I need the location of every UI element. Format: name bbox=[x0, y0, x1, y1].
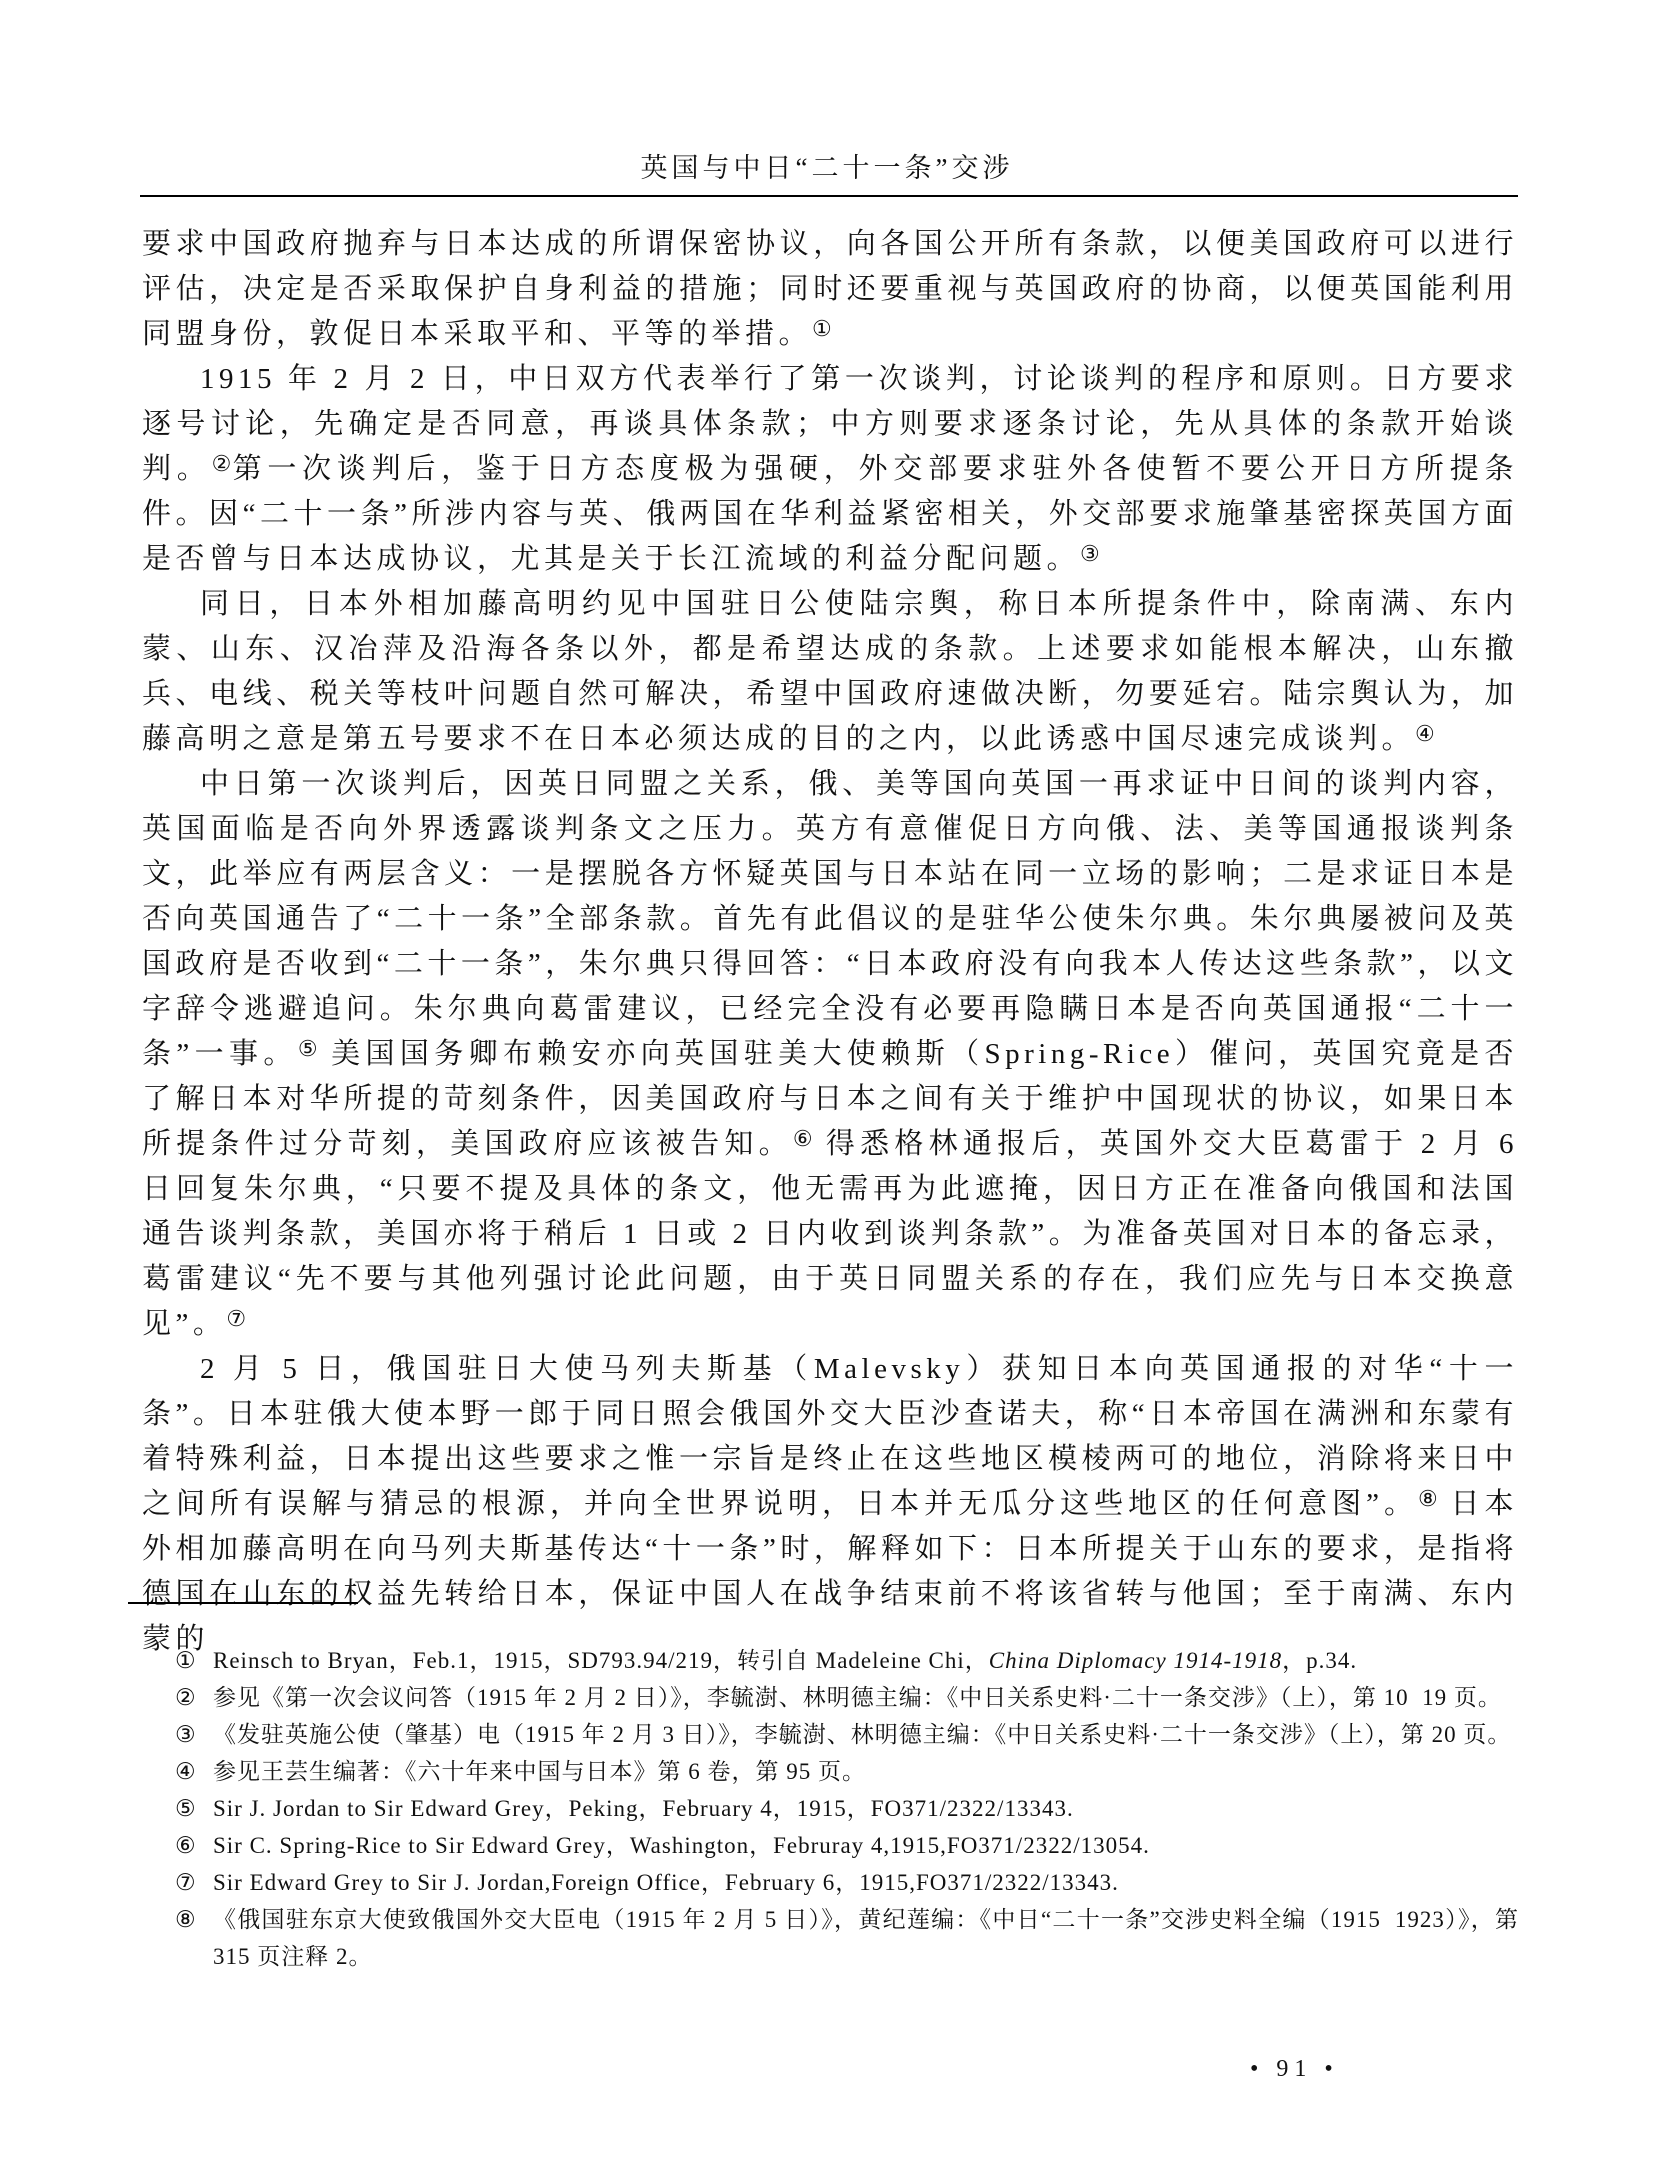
footnote-ref: ② bbox=[212, 451, 233, 476]
footnote-ref: ④ bbox=[1415, 721, 1435, 746]
footnote-item: ②参见《第一次会议问答（1915 年 2 月 2 日）》，李毓澍、林明德主编：《… bbox=[175, 1679, 1519, 1716]
footnote-marker: ⑤ bbox=[175, 1790, 213, 1827]
footnote-text: Sir Edward Grey to Sir J. Jordan,Foreign… bbox=[213, 1864, 1519, 1901]
footnote-item: ①Reinsch to Bryan，Feb.1，1915，SD793.94/21… bbox=[175, 1642, 1519, 1679]
footnote-text-segment: 参见王芸生编著：《六十年来中国与日本》第 6 卷，第 95 页。 bbox=[213, 1759, 866, 1784]
body-paragraph: 要求中国政府抛弃与日本达成的所谓保密协议，向各国公开所有条款，以便美国政府可以进… bbox=[142, 222, 1518, 357]
footnote-item: ⑦Sir Edward Grey to Sir J. Jordan,Foreig… bbox=[175, 1864, 1519, 1901]
footnote-text: Reinsch to Bryan，Feb.1，1915，SD793.94/219… bbox=[213, 1642, 1519, 1679]
header-rule bbox=[140, 195, 1518, 197]
page-header-title: 英国与中日“二十一条”交涉 bbox=[0, 146, 1654, 185]
footnote-text-segment: Sir C. Spring-Rice to Sir Edward Grey，Wa… bbox=[213, 1833, 1150, 1858]
footnote-separator-rule bbox=[128, 1602, 358, 1604]
page-number: • 91 • bbox=[1250, 2056, 1339, 2083]
footnote-marker: ⑦ bbox=[175, 1864, 213, 1901]
footnote-text-segment: ，p.34. bbox=[1282, 1648, 1357, 1673]
footnote-text-segment: 参见《第一次会议问答（1915 年 2 月 2 日）》，李毓澍、林明德主编：《中… bbox=[213, 1685, 1502, 1710]
document-page: 英国与中日“二十一条”交涉 要求中国政府抛弃与日本达成的所谓保密协议，向各国公开… bbox=[0, 0, 1654, 2166]
footnote-text-segment: 《发驻英施公使（肇基）电（1915 年 2 月 3 日）》，李毓澍、林明德主编：… bbox=[213, 1722, 1511, 1747]
footnote-text: Sir J. Jordan to Sir Edward Grey，Peking，… bbox=[213, 1790, 1519, 1827]
footnote-ref: ③ bbox=[1080, 541, 1100, 566]
footnote-item: ④参见王芸生编著：《六十年来中国与日本》第 6 卷，第 95 页。 bbox=[175, 1753, 1519, 1790]
footnote-text-segment: Sir Edward Grey to Sir J. Jordan,Foreign… bbox=[213, 1870, 1119, 1895]
body-paragraph: 2 月 5 日，俄国驻日大使马列夫斯基（Malevsky）获知日本向英国通报的对… bbox=[142, 1347, 1518, 1662]
footnote-item: ⑥Sir C. Spring-Rice to Sir Edward Grey，W… bbox=[175, 1827, 1519, 1864]
footnote-text: Sir C. Spring-Rice to Sir Edward Grey，Wa… bbox=[213, 1827, 1519, 1864]
footnote-marker: ③ bbox=[175, 1716, 213, 1753]
footnote-item: ⑤Sir J. Jordan to Sir Edward Grey，Peking… bbox=[175, 1790, 1519, 1827]
footnote-item: ⑧《俄国驻东京大使致俄国外交大臣电（1915 年 2 月 5 日）》，黄纪莲编：… bbox=[175, 1901, 1519, 1975]
footnote-list: ①Reinsch to Bryan，Feb.1，1915，SD793.94/21… bbox=[175, 1642, 1519, 1975]
footnote-ref: ⑤ bbox=[298, 1036, 319, 1061]
body-paragraph: 1915 年 2 月 2 日，中日双方代表举行了第一次谈判，讨论谈判的程序和原则… bbox=[142, 357, 1518, 582]
footnote-ref: ⑦ bbox=[226, 1306, 246, 1331]
footnote-ref: ⑧ bbox=[1418, 1486, 1438, 1511]
footnote-text: 参见《第一次会议问答（1915 年 2 月 2 日）》，李毓澍、林明德主编：《中… bbox=[213, 1679, 1519, 1716]
footnote-ref: ⑥ bbox=[793, 1126, 813, 1151]
italic-book-title: China Diplomacy 1914-1918 bbox=[989, 1648, 1282, 1673]
footnote-marker: ④ bbox=[175, 1753, 213, 1790]
footnote-ref: ① bbox=[812, 316, 832, 341]
footnote-marker: ⑥ bbox=[175, 1827, 213, 1864]
footnote-text-segment: Sir J. Jordan to Sir Edward Grey，Peking，… bbox=[213, 1796, 1074, 1821]
body-paragraph: 中日第一次谈判后，因英日同盟之关系，俄、美等国向英国一再求证中日间的谈判内容，英… bbox=[142, 762, 1518, 1347]
footnote-item: ③《发驻英施公使（肇基）电（1915 年 2 月 3 日）》，李毓澍、林明德主编… bbox=[175, 1716, 1519, 1753]
body-paragraph: 同日，日本外相加藤高明约见中国驻日公使陆宗舆，称日本所提条件中，除南满、东内蒙、… bbox=[142, 582, 1518, 762]
footnote-text-segment: 《俄国驻东京大使致俄国外交大臣电（1915 年 2 月 5 日）》，黄纪莲编：《… bbox=[213, 1907, 1519, 1969]
footnote-text-segment: Reinsch to Bryan，Feb.1，1915，SD793.94/219… bbox=[213, 1648, 989, 1673]
footnote-marker: ⑧ bbox=[175, 1901, 213, 1938]
body-text: 要求中国政府抛弃与日本达成的所谓保密协议，向各国公开所有条款，以便美国政府可以进… bbox=[142, 222, 1518, 1662]
footnote-text: 《发驻英施公使（肇基）电（1915 年 2 月 3 日）》，李毓澍、林明德主编：… bbox=[213, 1716, 1519, 1753]
footnote-marker: ① bbox=[175, 1642, 213, 1679]
footnote-text: 《俄国驻东京大使致俄国外交大臣电（1915 年 2 月 5 日）》，黄纪莲编：《… bbox=[213, 1901, 1519, 1975]
footnote-marker: ② bbox=[175, 1679, 213, 1716]
footnote-text: 参见王芸生编著：《六十年来中国与日本》第 6 卷，第 95 页。 bbox=[213, 1753, 1519, 1790]
